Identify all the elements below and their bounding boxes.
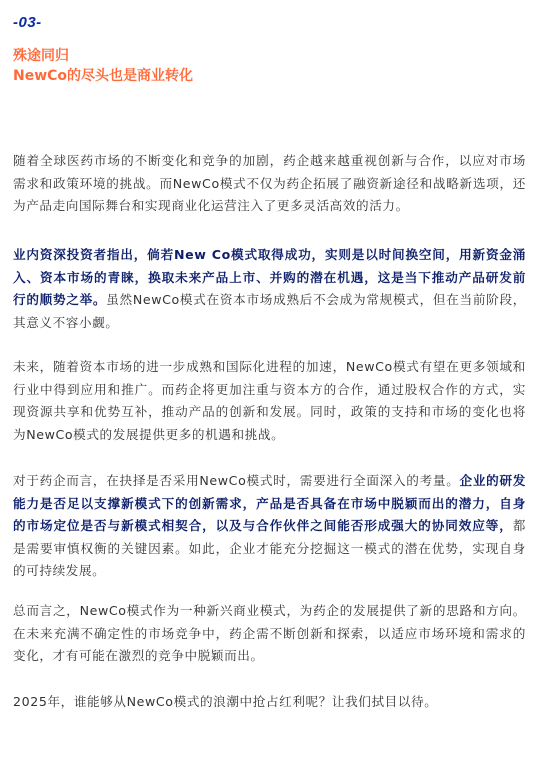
body-text: 对于药企而言，在抉择是否采用NewCo模式时，需要进行全面深入的考量。 [13, 473, 460, 488]
section-number: -03- [13, 14, 42, 31]
paragraph-future: 未来，随着资本市场的进一步成熟和国际化进程的加速，NewCo模式有望在更多领域和… [13, 356, 526, 446]
paragraph-considerations: 对于药企而言，在抉择是否采用NewCo模式时，需要进行全面深入的考量。企业的研发… [13, 470, 526, 583]
paragraph-intro: 随着全球医药市场的不断变化和竞争的加剧，药企越来越重视创新与合作，以应对市场需求… [13, 150, 526, 218]
subtitle-line-2: NewCo的尽头也是商业转化 [13, 66, 193, 86]
paragraph-summary: 总而言之，NewCo模式作为一种新兴商业模式，为药企的发展提供了新的思路和方向。… [13, 600, 526, 668]
paragraph-closing: 2025年，谁能够从NewCo模式的浪潮中抢占红利呢？让我们拭目以待。 [13, 691, 526, 714]
paragraph-investor-view: 业内资深投资者指出，倘若New Co模式取得成功，实则是以时间换空间，用新资金涌… [13, 244, 526, 334]
subtitle-line-1: 殊途同归 [13, 46, 69, 66]
